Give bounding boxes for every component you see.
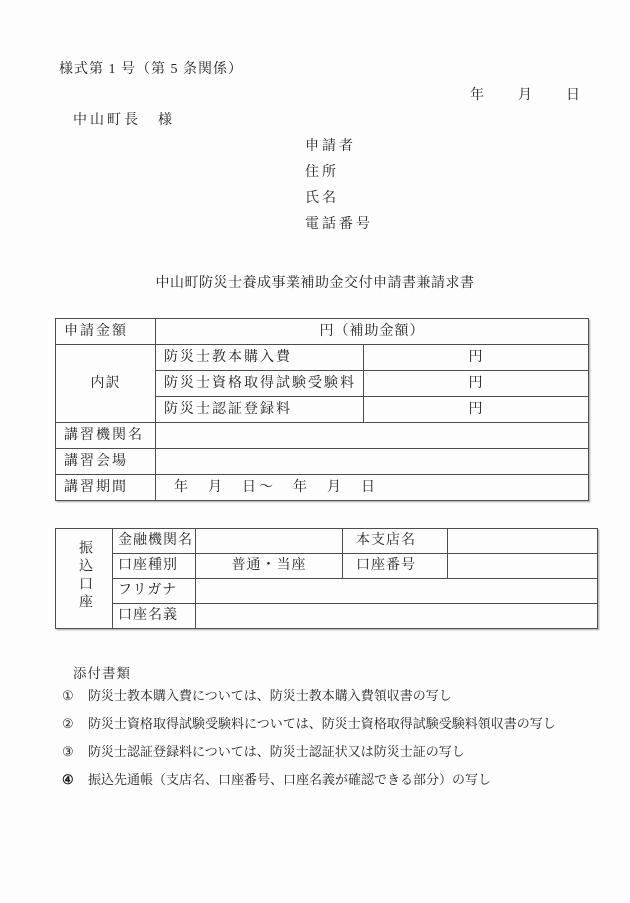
account-number-value-cell bbox=[448, 554, 598, 579]
attachment-marker: ④ bbox=[62, 773, 88, 787]
breakdown-amount-cell: 円 bbox=[364, 397, 589, 423]
training-venue-value-cell bbox=[156, 449, 589, 475]
table-row: 講習機関名 bbox=[56, 423, 589, 449]
attachment-item: ③ 防災士認証登録料については、防災士認証状又は防災士証の写し bbox=[62, 745, 602, 759]
bank-group-label-cell: 振込口座 bbox=[56, 529, 113, 629]
training-period-label-cell: 講習期間 bbox=[56, 475, 156, 501]
applicant-label: 申請者 bbox=[305, 139, 373, 165]
applicant-block: 申請者 住所 氏名 電話番号 bbox=[305, 139, 373, 243]
amount-label-cell: 申請金額 bbox=[56, 319, 156, 345]
account-holder-value-cell bbox=[196, 604, 598, 629]
branch-name-label-cell: 本支店名 bbox=[343, 529, 448, 554]
bank-group-label: 振込口座 bbox=[77, 540, 91, 612]
bank-name-label-cell: 金融機関名 bbox=[113, 529, 196, 554]
branch-name-value-cell bbox=[448, 529, 598, 554]
table-row: 内訳 防災士教本購入費 円 bbox=[56, 345, 589, 371]
table-row: 口座名義 bbox=[56, 604, 598, 629]
table-row: 講習期間 年 月 日～ 年 月 日 bbox=[56, 475, 589, 501]
table-row: フリガナ bbox=[56, 579, 598, 604]
attachments-list: ① 防災士教本購入費については、防災士教本購入費領収書の写し ② 防災士資格取得… bbox=[62, 689, 602, 801]
amount-value-cell: 円（補助金額） bbox=[156, 319, 589, 345]
attachments-heading: 添付書類 bbox=[73, 662, 131, 682]
attachment-text: 防災士認証登録料については、防災士認証状又は防災士証の写し bbox=[88, 745, 465, 759]
breakdown-item-cell: 防災士資格取得試験受験料 bbox=[156, 371, 364, 397]
applicant-field-phone: 電話番号 bbox=[305, 217, 373, 243]
attachment-item: ① 防災士教本購入費については、防災士教本購入費領収書の写し bbox=[62, 689, 602, 703]
training-org-label-cell: 講習機関名 bbox=[56, 423, 156, 449]
training-period-value-cell: 年 月 日～ 年 月 日 bbox=[156, 475, 589, 501]
breakdown-label-cell: 内訳 bbox=[56, 345, 156, 423]
furigana-label-cell: フリガナ bbox=[113, 579, 196, 604]
table-row: 振込口座 金融機関名 本支店名 bbox=[56, 529, 598, 554]
application-table: 申請金額 円（補助金額） 内訳 防災士教本購入費 円 防災士資格取得試験受験料 … bbox=[55, 318, 589, 501]
applicant-field-name: 氏名 bbox=[305, 191, 373, 217]
breakdown-item-cell: 防災士教本購入費 bbox=[156, 345, 364, 371]
breakdown-amount-cell: 円 bbox=[364, 345, 589, 371]
form-number: 様式第 1 号（第 5 条関係） bbox=[59, 58, 243, 78]
breakdown-item-cell: 防災士認証登録料 bbox=[156, 397, 364, 423]
account-holder-label-cell: 口座名義 bbox=[113, 604, 196, 629]
attachment-marker: ③ bbox=[62, 745, 88, 759]
attachment-marker: ② bbox=[62, 717, 88, 731]
account-number-label-cell: 口座番号 bbox=[343, 554, 448, 579]
furigana-value-cell bbox=[196, 579, 598, 604]
attachment-text: 防災士資格取得試験受験料については、防災士資格取得試験受験料領収書の写し bbox=[88, 717, 556, 731]
account-type-label-cell: 口座種別 bbox=[113, 554, 196, 579]
addressee: 中山町長 様 bbox=[73, 109, 175, 129]
breakdown-amount-cell: 円 bbox=[364, 371, 589, 397]
bank-name-value-cell bbox=[196, 529, 343, 554]
training-org-value-cell bbox=[156, 423, 589, 449]
attachment-marker: ① bbox=[62, 689, 88, 703]
training-venue-label-cell: 講習会場 bbox=[56, 449, 156, 475]
applicant-field-address: 住所 bbox=[305, 165, 373, 191]
attachment-text: 振込先通帳（支店名、口座番号、口座名義が確認できる部分）の写し bbox=[88, 773, 491, 787]
table-row: 講習会場 bbox=[56, 449, 589, 475]
document-title: 中山町防災士養成事業補助金交付申請書兼請求書 bbox=[0, 272, 630, 292]
bank-account-table: 振込口座 金融機関名 本支店名 口座種別 普通・当座 口座番号 フリガナ 口座名… bbox=[55, 528, 598, 629]
date-line: 年 月 日 bbox=[470, 84, 582, 104]
attachment-text: 防災士教本購入費については、防災士教本購入費領収書の写し bbox=[88, 689, 452, 703]
attachment-item: ② 防災士資格取得試験受験料については、防災士資格取得試験受験料領収書の写し bbox=[62, 717, 602, 731]
table-row: 申請金額 円（補助金額） bbox=[56, 319, 589, 345]
attachment-item: ④ 振込先通帳（支店名、口座番号、口座名義が確認できる部分）の写し bbox=[62, 773, 602, 787]
account-type-value-cell: 普通・当座 bbox=[196, 554, 343, 579]
table-row: 口座種別 普通・当座 口座番号 bbox=[56, 554, 598, 579]
